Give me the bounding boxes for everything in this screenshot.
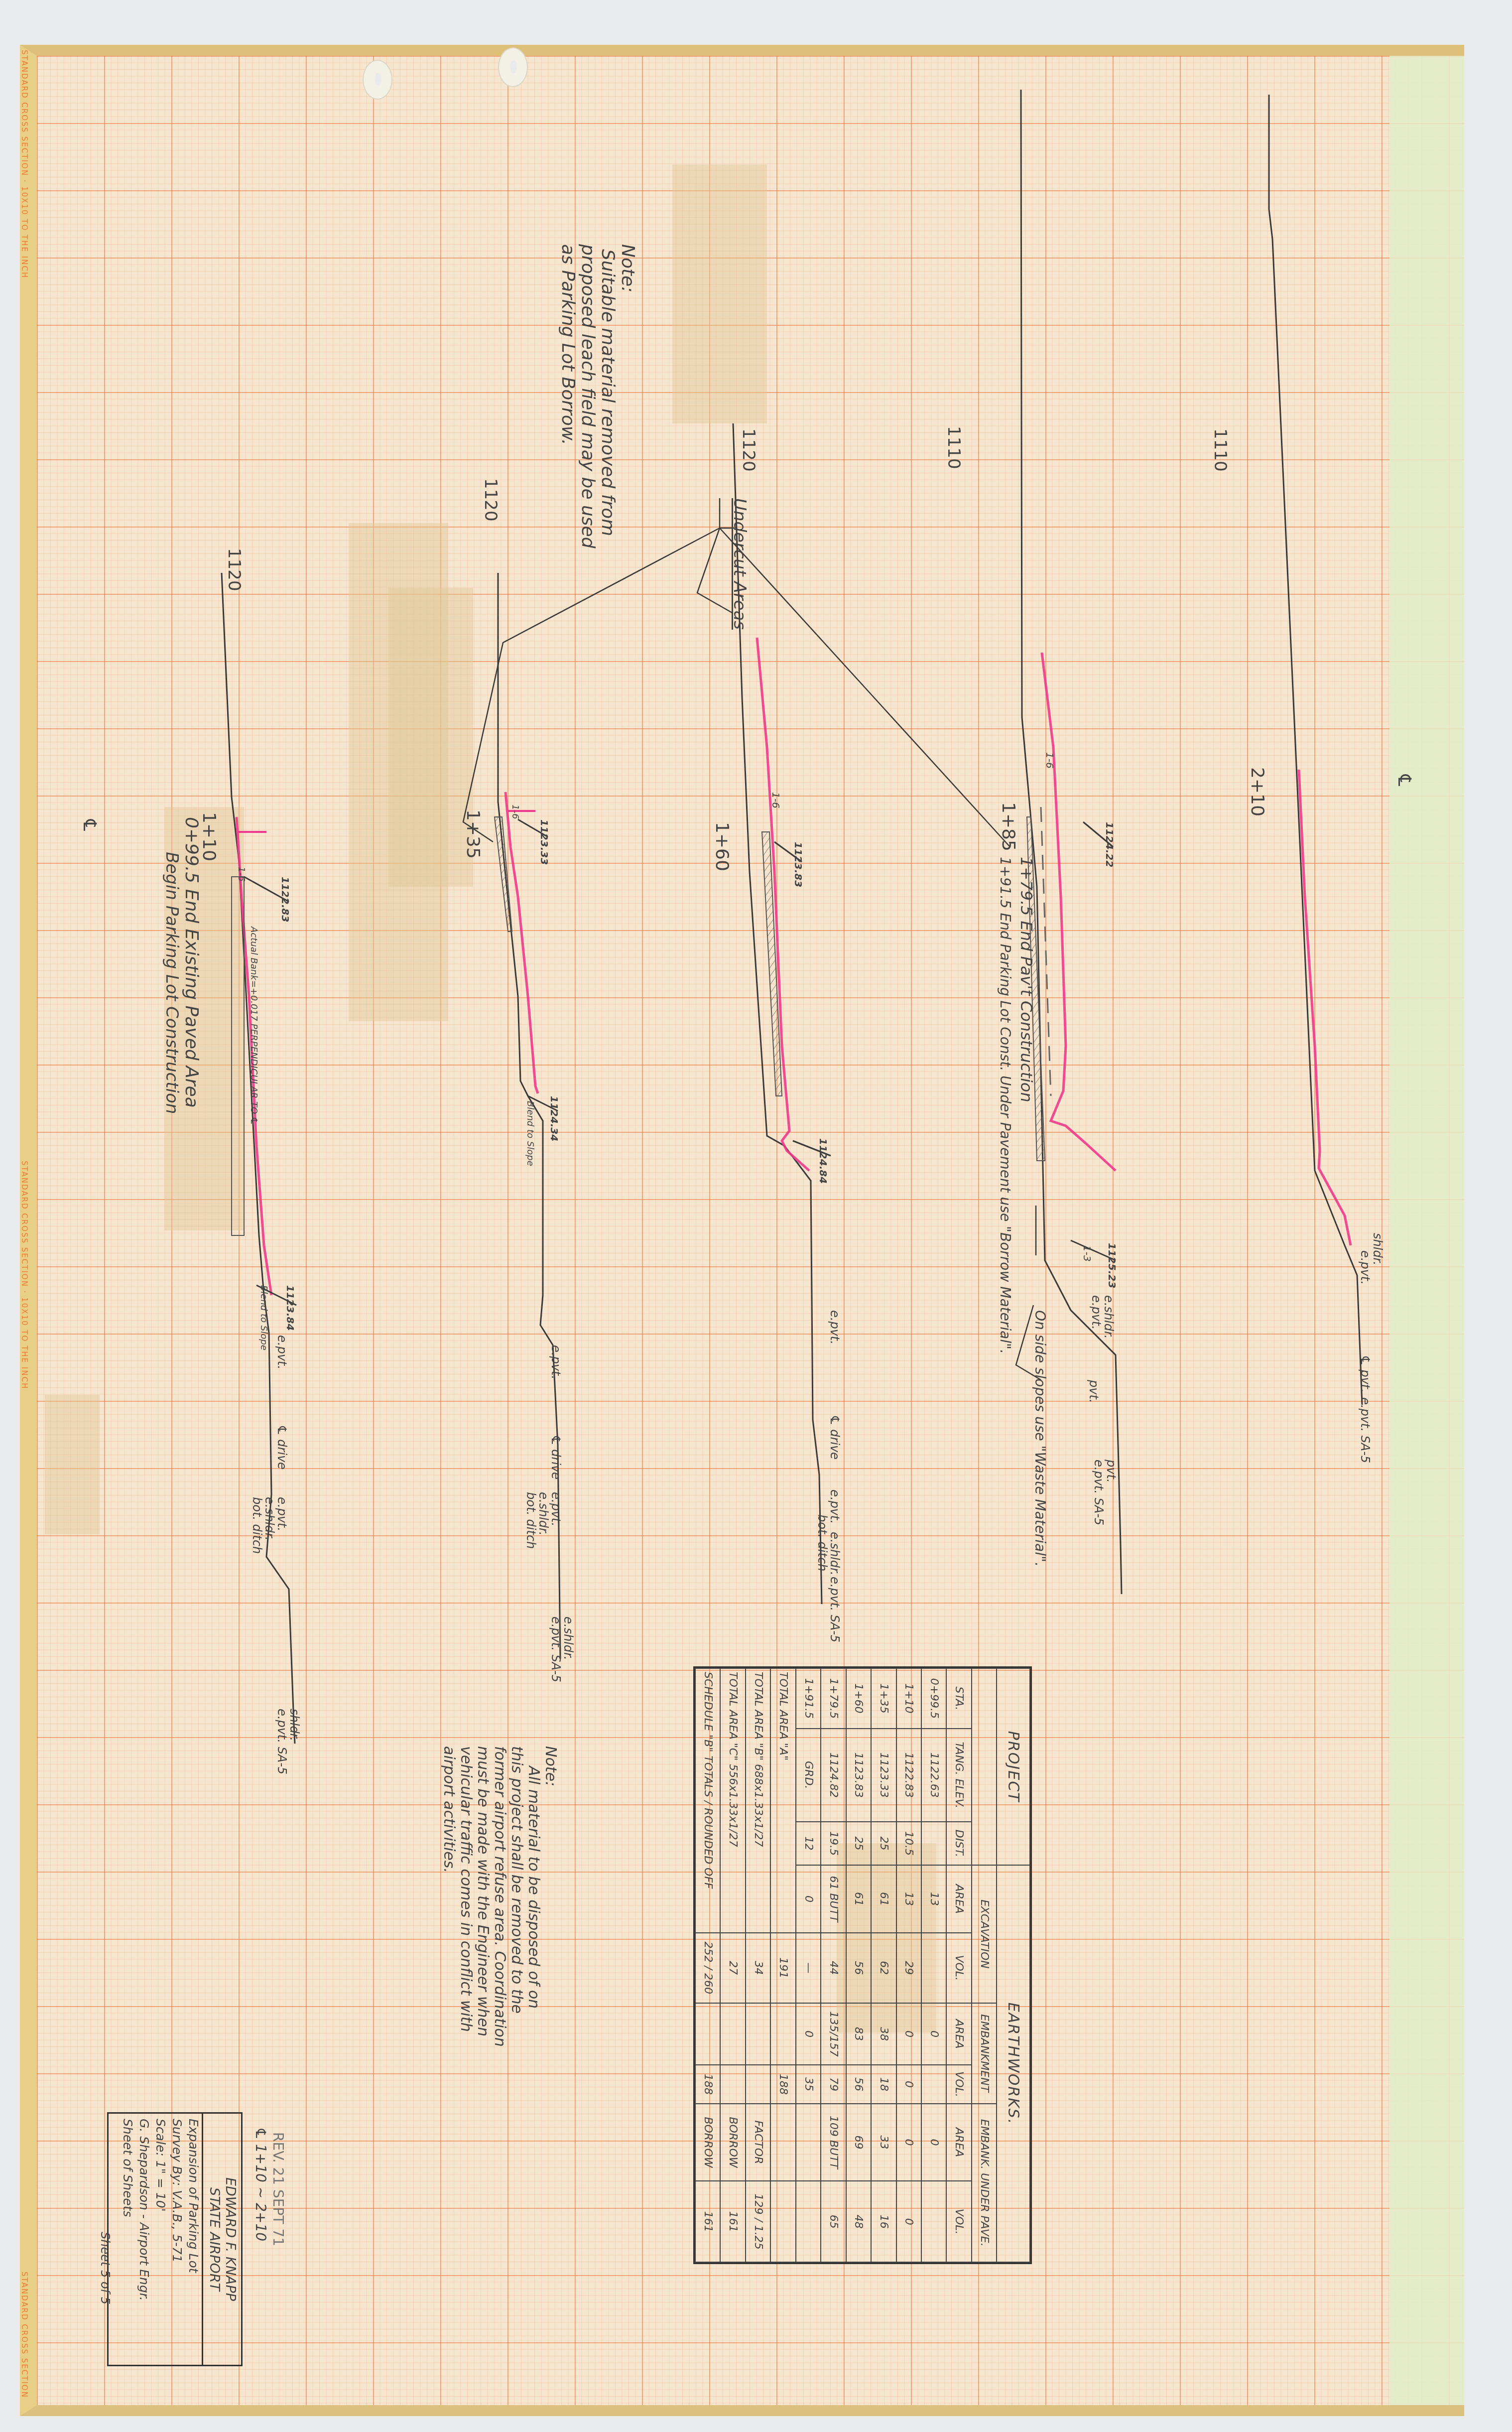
- elevation-label: 1120: [481, 478, 501, 522]
- cell: 0: [896, 2181, 921, 2262]
- note-line: airport activities.: [440, 1746, 457, 2047]
- cell: [921, 1822, 946, 1866]
- col-header: VOL.: [946, 2065, 971, 2103]
- cell: —: [796, 1933, 821, 2003]
- cell: 62: [871, 1933, 896, 2003]
- cell: 1+79.5: [821, 1668, 846, 1729]
- side-slopes-note: On side slopes use "Waste Material".: [1032, 1310, 1048, 1567]
- table-row: 1+79.51124.8219.561 BUTT44135/15779109 B…: [821, 1668, 846, 2262]
- cell: 69: [846, 2104, 871, 2181]
- engineer: G. Shepardson - Airport Engr.: [136, 2114, 152, 2365]
- cell: [796, 2181, 821, 2262]
- station-label-1+60: 1+60: [712, 822, 732, 871]
- col-header: AREA: [946, 2104, 971, 2181]
- cell: [770, 2181, 795, 2262]
- station-label-1+85: 1+85: [998, 802, 1018, 851]
- table-row: 1+351123.3325616238183316: [871, 1668, 896, 2262]
- cell: 56: [846, 2065, 871, 2103]
- proposed-1+85: [1042, 653, 1116, 1171]
- proposed-1+60: [757, 638, 809, 1171]
- revision-note: REV. 21 SEPT 71: [270, 2132, 286, 2246]
- station-label-1+10: 1+10: [199, 812, 219, 861]
- point-label: e.shldr.: [828, 1532, 842, 1575]
- project-name: Expansion of Parking Lot: [185, 2114, 202, 2365]
- cell: 0: [796, 1865, 821, 1933]
- col-header: VOL.: [946, 1933, 971, 2003]
- cell: 33: [871, 2104, 896, 2181]
- cell: FACTOR: [746, 2104, 770, 2181]
- point-label: pvt.: [1104, 1460, 1118, 1483]
- cell: 1+60: [846, 1668, 871, 1729]
- table-title-earthworks: EARTHWORKS.: [997, 1865, 1030, 2262]
- cell: [921, 1933, 946, 2003]
- cell: 25: [871, 1822, 896, 1866]
- cell: 34: [746, 1933, 770, 2003]
- elevation-tag: 1122.83: [279, 877, 291, 922]
- centerline-symbol: ℄: [1394, 772, 1414, 788]
- note-line: as Parking Lot Borrow.: [558, 244, 578, 548]
- point-label: e.pvt. SA-5: [828, 1577, 842, 1642]
- point-label: e.pvt.: [1358, 1250, 1372, 1285]
- point-label: e.pvt.: [549, 1492, 563, 1526]
- org-name-2: STATE AIRPORT: [206, 2119, 222, 2360]
- cell: BORROW: [695, 2104, 720, 2181]
- note-disposal: Note: All material to be disposed of on …: [440, 1746, 559, 2047]
- elevation-tag: 1124.22: [1104, 822, 1116, 867]
- point-label: e.pvt.: [275, 1497, 289, 1531]
- cell: 109 BUTT: [821, 2104, 846, 2181]
- cell: 129 / 1.25: [746, 2181, 770, 2262]
- cell: 1122.83: [896, 1729, 921, 1822]
- total-label: TOTAL AREA "B" 688x1.33x1/27: [746, 1668, 770, 1933]
- cell: 1+10: [896, 1668, 921, 1729]
- cell: 61: [871, 1865, 896, 1933]
- elevation-label: 1120: [739, 428, 758, 472]
- table-row: 0+99.51122.631300: [921, 1668, 946, 2262]
- group-header: EMBANKMENT: [972, 2003, 997, 2104]
- total-label: TOTAL AREA "A": [770, 1668, 795, 1933]
- cell: 61 BUTT: [821, 1865, 846, 1933]
- undercut-areas-label: Undercut Areas: [730, 498, 750, 630]
- title-block: EDWARD F. KNAPP STATE AIRPORT Expansion …: [107, 2112, 243, 2366]
- point-label: e.shldr.: [1102, 1295, 1116, 1339]
- cell: 10.5: [896, 1822, 921, 1866]
- blend-note: Blend to Slope: [525, 1101, 535, 1166]
- table-row: 1+601123.8325615683566948: [846, 1668, 871, 2262]
- cell: 0: [796, 2003, 821, 2065]
- total-label: TOTAL AREA "C" 556x1.33x1/27: [720, 1668, 745, 1933]
- point-label: e.shldr.: [561, 1617, 575, 1660]
- point-label: e.pvt.: [828, 1310, 842, 1345]
- point-label: e.shldr.: [536, 1492, 550, 1535]
- cell: [796, 2104, 821, 2181]
- cell: 135/157: [821, 2003, 846, 2065]
- org-name: EDWARD F. KNAPP: [222, 2119, 238, 2360]
- leader-to-1+35: [463, 528, 720, 842]
- leader-to-1+60: [697, 528, 732, 613]
- cell: GRD.: [796, 1729, 821, 1822]
- cell: 38: [871, 2003, 896, 2065]
- point-label: e.pvt. SA-5: [1092, 1460, 1106, 1525]
- point-label: bot. ditch: [250, 1497, 264, 1554]
- elevation-label: 1110: [1210, 428, 1230, 472]
- point-label: e.pvt. SA-5: [549, 1617, 563, 1682]
- cell: 56: [846, 1933, 871, 2003]
- cell: 252 / 260: [695, 1933, 720, 2003]
- cell: 0: [921, 2104, 946, 2181]
- station-label-1+35: 1+35: [463, 810, 483, 859]
- slope-tag: 1-6: [510, 805, 520, 819]
- note-heading: Note:: [618, 244, 637, 548]
- note-line: vehicular traffic comes in conflict with: [457, 1746, 474, 2047]
- slope-tag: 1-6: [236, 867, 247, 881]
- point-label: bot. ditch: [524, 1492, 538, 1549]
- point-label: e.pvt. SA-5: [275, 1709, 289, 1774]
- totals-row: TOTAL AREA "C" 556x1.33x1/27 27 BORROW 1…: [720, 1668, 745, 2262]
- begin-note-line1: 0+99.5 End Existing Paved Area: [181, 817, 202, 1108]
- col-header: DIST.: [946, 1822, 971, 1866]
- proposed-1+35: [505, 792, 538, 1093]
- cell: 29: [896, 1933, 921, 2003]
- point-label: ℄ pvt.: [1358, 1355, 1372, 1393]
- slope-tag: 1-6: [1044, 752, 1056, 769]
- cell: 188: [770, 2065, 795, 2103]
- cell: 13: [896, 1865, 921, 1933]
- schedule-row: SCHEDULE "B" TOTALS / ROUNDED OFF 252 / …: [695, 1668, 720, 2262]
- totals-row: TOTAL AREA "A" 191 188: [770, 1668, 795, 2262]
- point-label: e.shldr.: [262, 1497, 276, 1540]
- survey-by: Survey By: V.A.B., 5-71: [169, 2114, 185, 2365]
- blend-note: Blend to Slope: [258, 1285, 269, 1351]
- cell: 12: [796, 1822, 821, 1866]
- cell: 18: [871, 2065, 896, 2103]
- column-headers: STA. TANG. ELEV. DIST. AREA VOL. AREA VO…: [946, 1668, 971, 2262]
- cell: 1+91.5: [796, 1668, 821, 1729]
- col-header: TANG. ELEV.: [946, 1729, 971, 1822]
- cell: 61: [846, 1865, 871, 1933]
- elevation-tag: 1124.84: [817, 1138, 829, 1184]
- bank-note: Actual Bank=+0.017 PERPENDICULAR TO ℄: [249, 927, 259, 1125]
- scale: Scale: 1" = 10': [152, 2114, 169, 2365]
- table-row: 1+91.5GRD.120—035: [796, 1668, 821, 2262]
- station-range: ℄ 1+10 ~ 2+10: [252, 2127, 269, 2241]
- point-label: shldr.: [1371, 1233, 1385, 1265]
- cell: 1123.33: [871, 1729, 896, 1822]
- elevation-tag: 1125.23: [1106, 1243, 1118, 1288]
- note-line: must be made with the Engineer when: [474, 1746, 491, 2047]
- totals-row: TOTAL AREA "B" 688x1.33x1/27 34 FACTOR 1…: [746, 1668, 770, 2262]
- cell: 0+99.5: [921, 1668, 946, 1729]
- cell: [921, 2065, 946, 2103]
- elevation-label: 1120: [224, 548, 244, 591]
- cell: 48: [846, 2181, 871, 2262]
- note-line: proposed leach field may be used: [578, 244, 598, 548]
- note-line: Suitable material removed from: [598, 244, 618, 548]
- station-label-2+10: 2+10: [1247, 767, 1267, 816]
- col-header: VOL.: [946, 2181, 971, 2262]
- elevation-tag: 1123.84: [284, 1285, 296, 1331]
- col-header: STA.: [946, 1668, 971, 1729]
- earthworks-table: PROJECT EARTHWORKS. EXCAVATION EMBANKMEN…: [693, 1666, 1032, 2264]
- point-label: e.pvt.: [549, 1345, 563, 1379]
- slope-tag: 1-6: [770, 792, 782, 809]
- group-header: EMBANK. UNDER PAVE.: [972, 2104, 997, 2262]
- table-title-project: PROJECT: [997, 1668, 1030, 1865]
- point-label: ℄ drive: [275, 1425, 289, 1470]
- cell: [770, 2104, 795, 2181]
- cell: 44: [821, 1933, 846, 2003]
- cell: 0: [896, 2003, 921, 2065]
- cell: 1+35: [871, 1668, 896, 1729]
- table-row: 1+101122.8310.513290000: [896, 1668, 921, 2262]
- note-leach-field: Note: Suitable material removed from pro…: [558, 244, 637, 548]
- elevation-tag: 1123.83: [792, 842, 804, 887]
- leader-to-1+85: [720, 528, 1010, 847]
- cell: 65: [821, 2181, 846, 2262]
- point-label: e.pvt.: [828, 1489, 842, 1524]
- schedule-label: SCHEDULE "B" TOTALS / ROUNDED OFF: [695, 1668, 720, 1933]
- section-2+10-ground: [1269, 95, 1362, 1405]
- cell: 16: [871, 2181, 896, 2262]
- point-label: shldr.: [287, 1709, 301, 1741]
- cell: 188: [695, 2065, 720, 2103]
- title-block-header: EDWARD F. KNAPP STATE AIRPORT: [202, 2114, 241, 2365]
- col-header: AREA: [946, 2003, 971, 2065]
- cell: 27: [720, 1933, 745, 2003]
- elevation-tag: 1124.34: [548, 1096, 560, 1141]
- point-label: e.pvt.: [275, 1335, 289, 1369]
- cell: 13: [921, 1865, 946, 1933]
- begin-note-line2: Begin Parking Lot Construction: [162, 852, 182, 1114]
- cell: 1122.63: [921, 1729, 946, 1822]
- elevation-tag: 1123.33: [538, 819, 550, 865]
- cell: 35: [796, 2065, 821, 2103]
- elevation-label: 1110: [944, 426, 964, 469]
- note-line: former airport refuse area. Coordination: [491, 1746, 508, 2047]
- note-heading: Note:: [542, 1746, 559, 2047]
- point-label: e.pvt.: [1089, 1295, 1103, 1330]
- proposed-2+10: [1299, 770, 1351, 1245]
- point-label: ℄ drive: [549, 1435, 563, 1480]
- point-label: pvt.: [1087, 1380, 1101, 1403]
- point-label: ℄ drive: [828, 1415, 842, 1460]
- cell: 79: [821, 2065, 846, 2103]
- sheet-number: Sheet 5 of 5: [98, 2232, 112, 2304]
- cell: BORROW: [720, 2104, 745, 2181]
- group-header: EXCAVATION: [972, 1865, 997, 2003]
- end-pavement-note: 1+79.5 End Pav't Construction: [1017, 857, 1036, 1102]
- cell: 0: [921, 2003, 946, 2065]
- point-label: e.pvt. SA-5: [1358, 1397, 1372, 1463]
- cell: 161: [695, 2181, 720, 2262]
- cell: 83: [846, 2003, 871, 2065]
- cell: 191: [770, 1933, 795, 2003]
- centerline-symbol: ℄: [79, 817, 100, 833]
- note-line: this project shall be removed to the: [508, 1746, 525, 2047]
- sheet-label: Sheet of Sheets: [120, 2114, 136, 2365]
- cell: 1124.82: [821, 1729, 846, 1822]
- cell: 25: [846, 1822, 871, 1866]
- cell: 0: [896, 2104, 921, 2181]
- slope-tag: 1-3: [1081, 1245, 1093, 1262]
- point-label: bot. ditch: [815, 1514, 829, 1571]
- cell: 0: [896, 2065, 921, 2103]
- cell: 1123.83: [846, 1729, 871, 1822]
- cell: 161: [720, 2181, 745, 2262]
- col-header: AREA: [946, 1865, 971, 1933]
- end-parking-lot-note: 1+91.5 End Parking Lot Const. Under Pave…: [997, 857, 1013, 1354]
- cell: [921, 2181, 946, 2262]
- note-line: All material to be disposed of on: [525, 1746, 542, 2047]
- cell: 19.5: [821, 1822, 846, 1866]
